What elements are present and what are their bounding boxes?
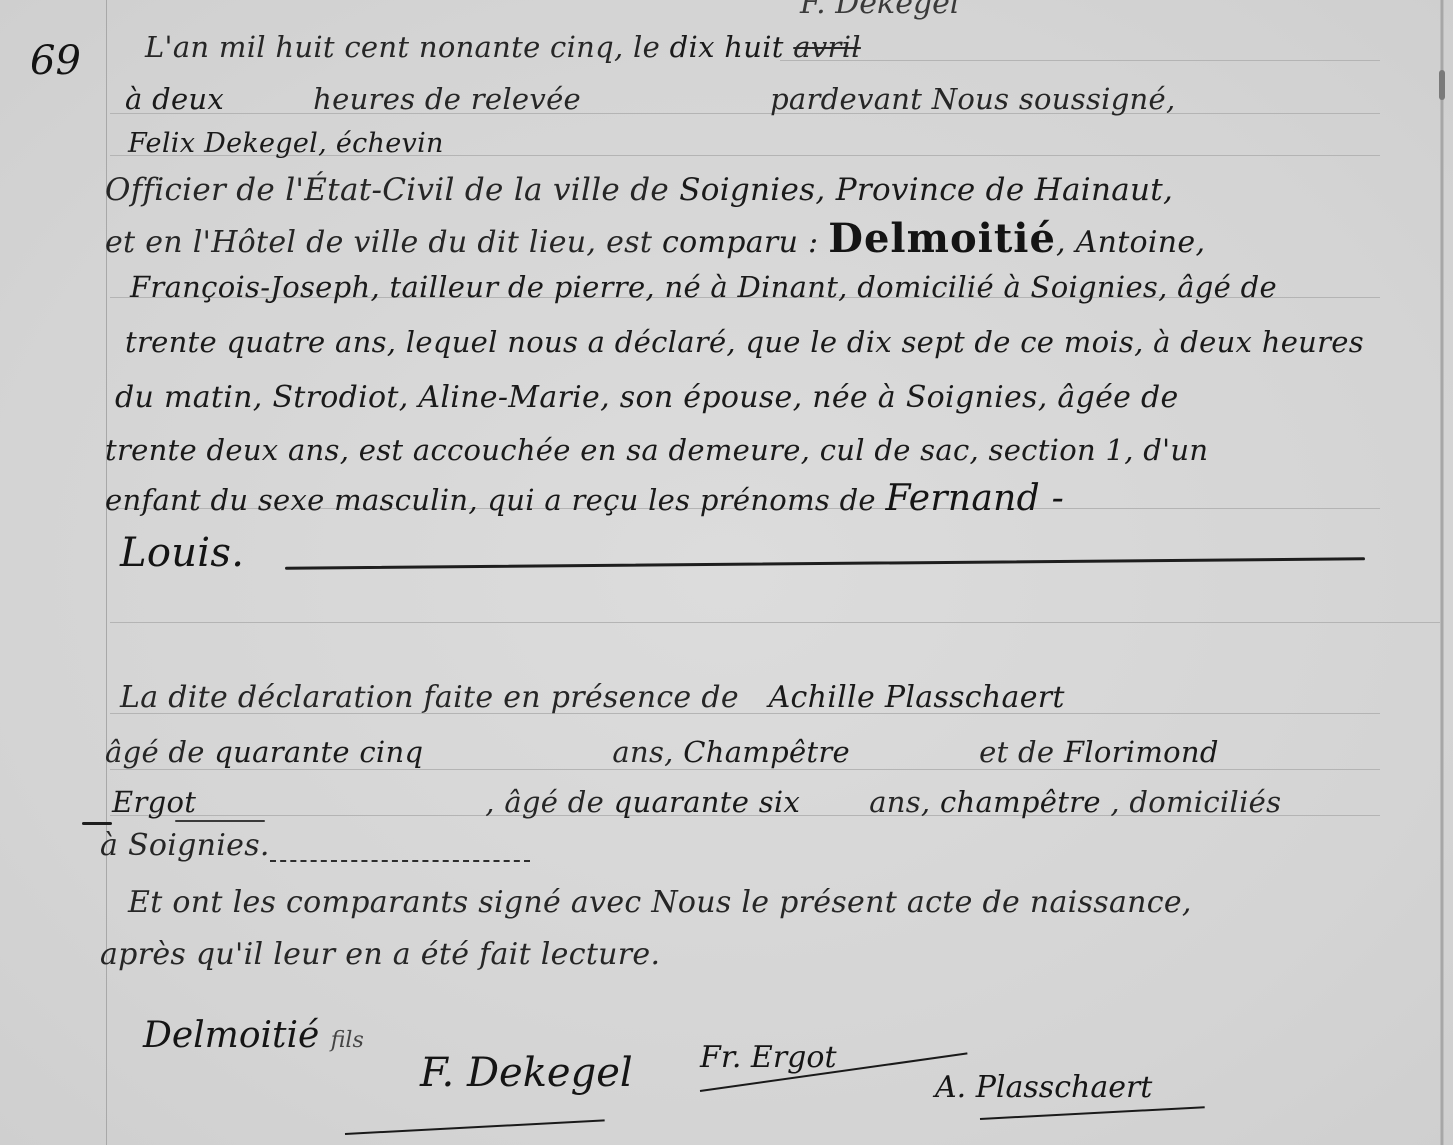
signature-flourish (345, 1119, 605, 1135)
body-line-3: Felix Dekegel, échevin (128, 128, 444, 159)
signature-flourish (980, 1106, 1205, 1120)
signature-witness-plasschaert: A. Plasschaert (935, 1070, 1152, 1105)
body-line-2: à deux heures de relevée pardevant Nous … (125, 82, 1176, 116)
preprinted-text: , domiciliés (1110, 785, 1281, 819)
signature-officer: F. Dekegel (420, 1050, 633, 1096)
preprinted-text: âgé de (105, 735, 205, 769)
signature-name: Delmoitié (143, 1015, 319, 1056)
document-page: 69 F. Dekegel L'an mil huit cent nonante… (0, 0, 1453, 1145)
handwritten-text: trente quatre ans, lequel nous a déclaré… (125, 325, 1364, 359)
witness-line-3: Ergot , âgé de quarante six ans, champêt… (112, 785, 1281, 819)
preprinted-text: pardevant Nous soussigné, (770, 82, 1175, 116)
page-edge-mark (1439, 70, 1445, 100)
struck-month: avril (793, 30, 861, 64)
witness-line-1: La dite déclaration faite en présence de… (120, 680, 1065, 715)
father-surname: Delmoitié (828, 215, 1056, 262)
handwritten-text: trente deux ans, est accouchée en sa dem… (105, 433, 1208, 467)
fill-rule (270, 860, 530, 864)
page-edge (1440, 0, 1444, 1145)
officer-name: Felix Dekegel, échevin (128, 128, 444, 159)
header-signature-overwrite: F. Dekegel (800, 0, 960, 21)
witness-2-age: quarante six (614, 785, 801, 819)
domicile-text: à Soignies. (100, 828, 270, 863)
witness-2-given-name: Florimond (1064, 735, 1219, 769)
signature-name: A. Plasschaert (935, 1070, 1152, 1105)
signature-suffix: fils (331, 1028, 364, 1053)
witness-2-surname: Ergot (112, 785, 196, 819)
handwritten-text: enfant du sexe masculin, qui a reçu les … (105, 483, 876, 517)
body-line-5: et en l'Hôtel de ville du dit lieu, est … (105, 215, 1205, 262)
preprinted-text: Officier de l'État-Civil de la ville de (105, 172, 669, 208)
body-line-4: Officier de l'État-Civil de la ville de … (105, 172, 1173, 208)
witness-1-age: quarante cinq (214, 735, 423, 769)
preprinted-text: La dite déclaration faite en présence de (120, 680, 739, 715)
fill-rule (285, 557, 1365, 569)
handwritten-hour: à deux (125, 82, 224, 116)
ruled-line (110, 622, 1440, 623)
witness-2-occupation: champêtre (940, 785, 1101, 819)
body-line-1: L'an mil huit cent nonante cinq, le dix … (145, 30, 861, 64)
witness-1-name: Achille Plasschaert (769, 680, 1065, 715)
child-first-name: Fernand - (885, 478, 1064, 519)
signature-name: F. Dekegel (420, 1050, 633, 1096)
fill-rule (175, 820, 265, 822)
body-line-7: trente quatre ans, lequel nous a déclaré… (125, 325, 1364, 359)
witness-line-4: à Soignies. (100, 828, 270, 863)
witness-line-2: âgé de quarante cinq ans, Champêtre et d… (105, 735, 1219, 769)
preprinted-text: ans, (612, 735, 673, 769)
body-line-11: Louis. (120, 530, 244, 576)
father-given-name: , Antoine, (1056, 225, 1205, 260)
witness-1-occupation: Champêtre (683, 735, 850, 769)
preprinted-text: et en l'Hôtel de ville du dit lieu, est (105, 225, 652, 260)
handwritten-text: du matin, Strodiot, Aline-Marie, son épo… (115, 380, 1179, 415)
handwritten-date: dix huit (670, 30, 784, 64)
child-second-name: Louis. (120, 530, 244, 576)
preprinted-text: et de (979, 735, 1054, 769)
ruled-line (780, 60, 1380, 61)
act-number: 69 (30, 38, 81, 84)
body-line-10: enfant du sexe masculin, qui a reçu les … (105, 478, 1064, 519)
handwritten-place: Soignies, Province de Hainaut, (679, 172, 1173, 208)
handwritten-text: comparu : (662, 225, 818, 260)
closing-text: Et ont les comparants signé avec Nous le… (128, 885, 1192, 920)
closing-line-2: après qu'il leur en a été fait lecture. (100, 937, 660, 972)
body-line-8: du matin, Strodiot, Aline-Marie, son épo… (115, 380, 1179, 415)
body-line-9: trente deux ans, est accouchée en sa dem… (105, 433, 1208, 467)
signature-father: Delmoitié fils (143, 1015, 364, 1056)
signature-witness-ergot: Fr. Ergot (700, 1040, 837, 1075)
closing-line-1: Et ont les comparants signé avec Nous le… (128, 885, 1192, 920)
preprinted-text: L'an mil huit cent nonante cinq, le (145, 30, 660, 64)
ruled-line (110, 769, 1380, 770)
preprinted-text: , âgé de (485, 785, 604, 819)
preprinted-text: heures de relevée (313, 82, 581, 116)
signature-name: Fr. Ergot (700, 1040, 837, 1075)
fill-rule (82, 822, 112, 825)
closing-text: après qu'il leur en a été fait lecture. (100, 937, 660, 972)
preprinted-text: ans, (869, 785, 930, 819)
handwritten-text: François-Joseph, tailleur de pierre, né … (130, 270, 1277, 304)
body-line-6: François-Joseph, tailleur de pierre, né … (130, 270, 1277, 304)
